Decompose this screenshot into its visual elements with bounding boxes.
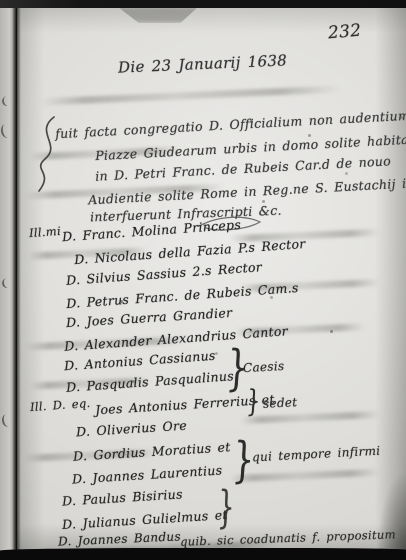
brace-annotation: sedet: [263, 395, 298, 411]
manuscript-scan: 232 Die 23 Januarij 1638 fuit facta cong…: [0, 0, 406, 560]
brace-annotation: Caesis: [243, 359, 285, 375]
grouping-brace: }: [246, 384, 262, 420]
scan-border-bottom: [0, 548, 406, 560]
scan-border-top: [0, 0, 406, 8]
page-edge-shadow: [376, 470, 406, 560]
binding-gutter-shadow: [12, 0, 21, 560]
grouping-brace: }: [216, 481, 236, 533]
page-number: 232: [327, 21, 362, 44]
margin-note: Ill.mi: [29, 224, 62, 240]
